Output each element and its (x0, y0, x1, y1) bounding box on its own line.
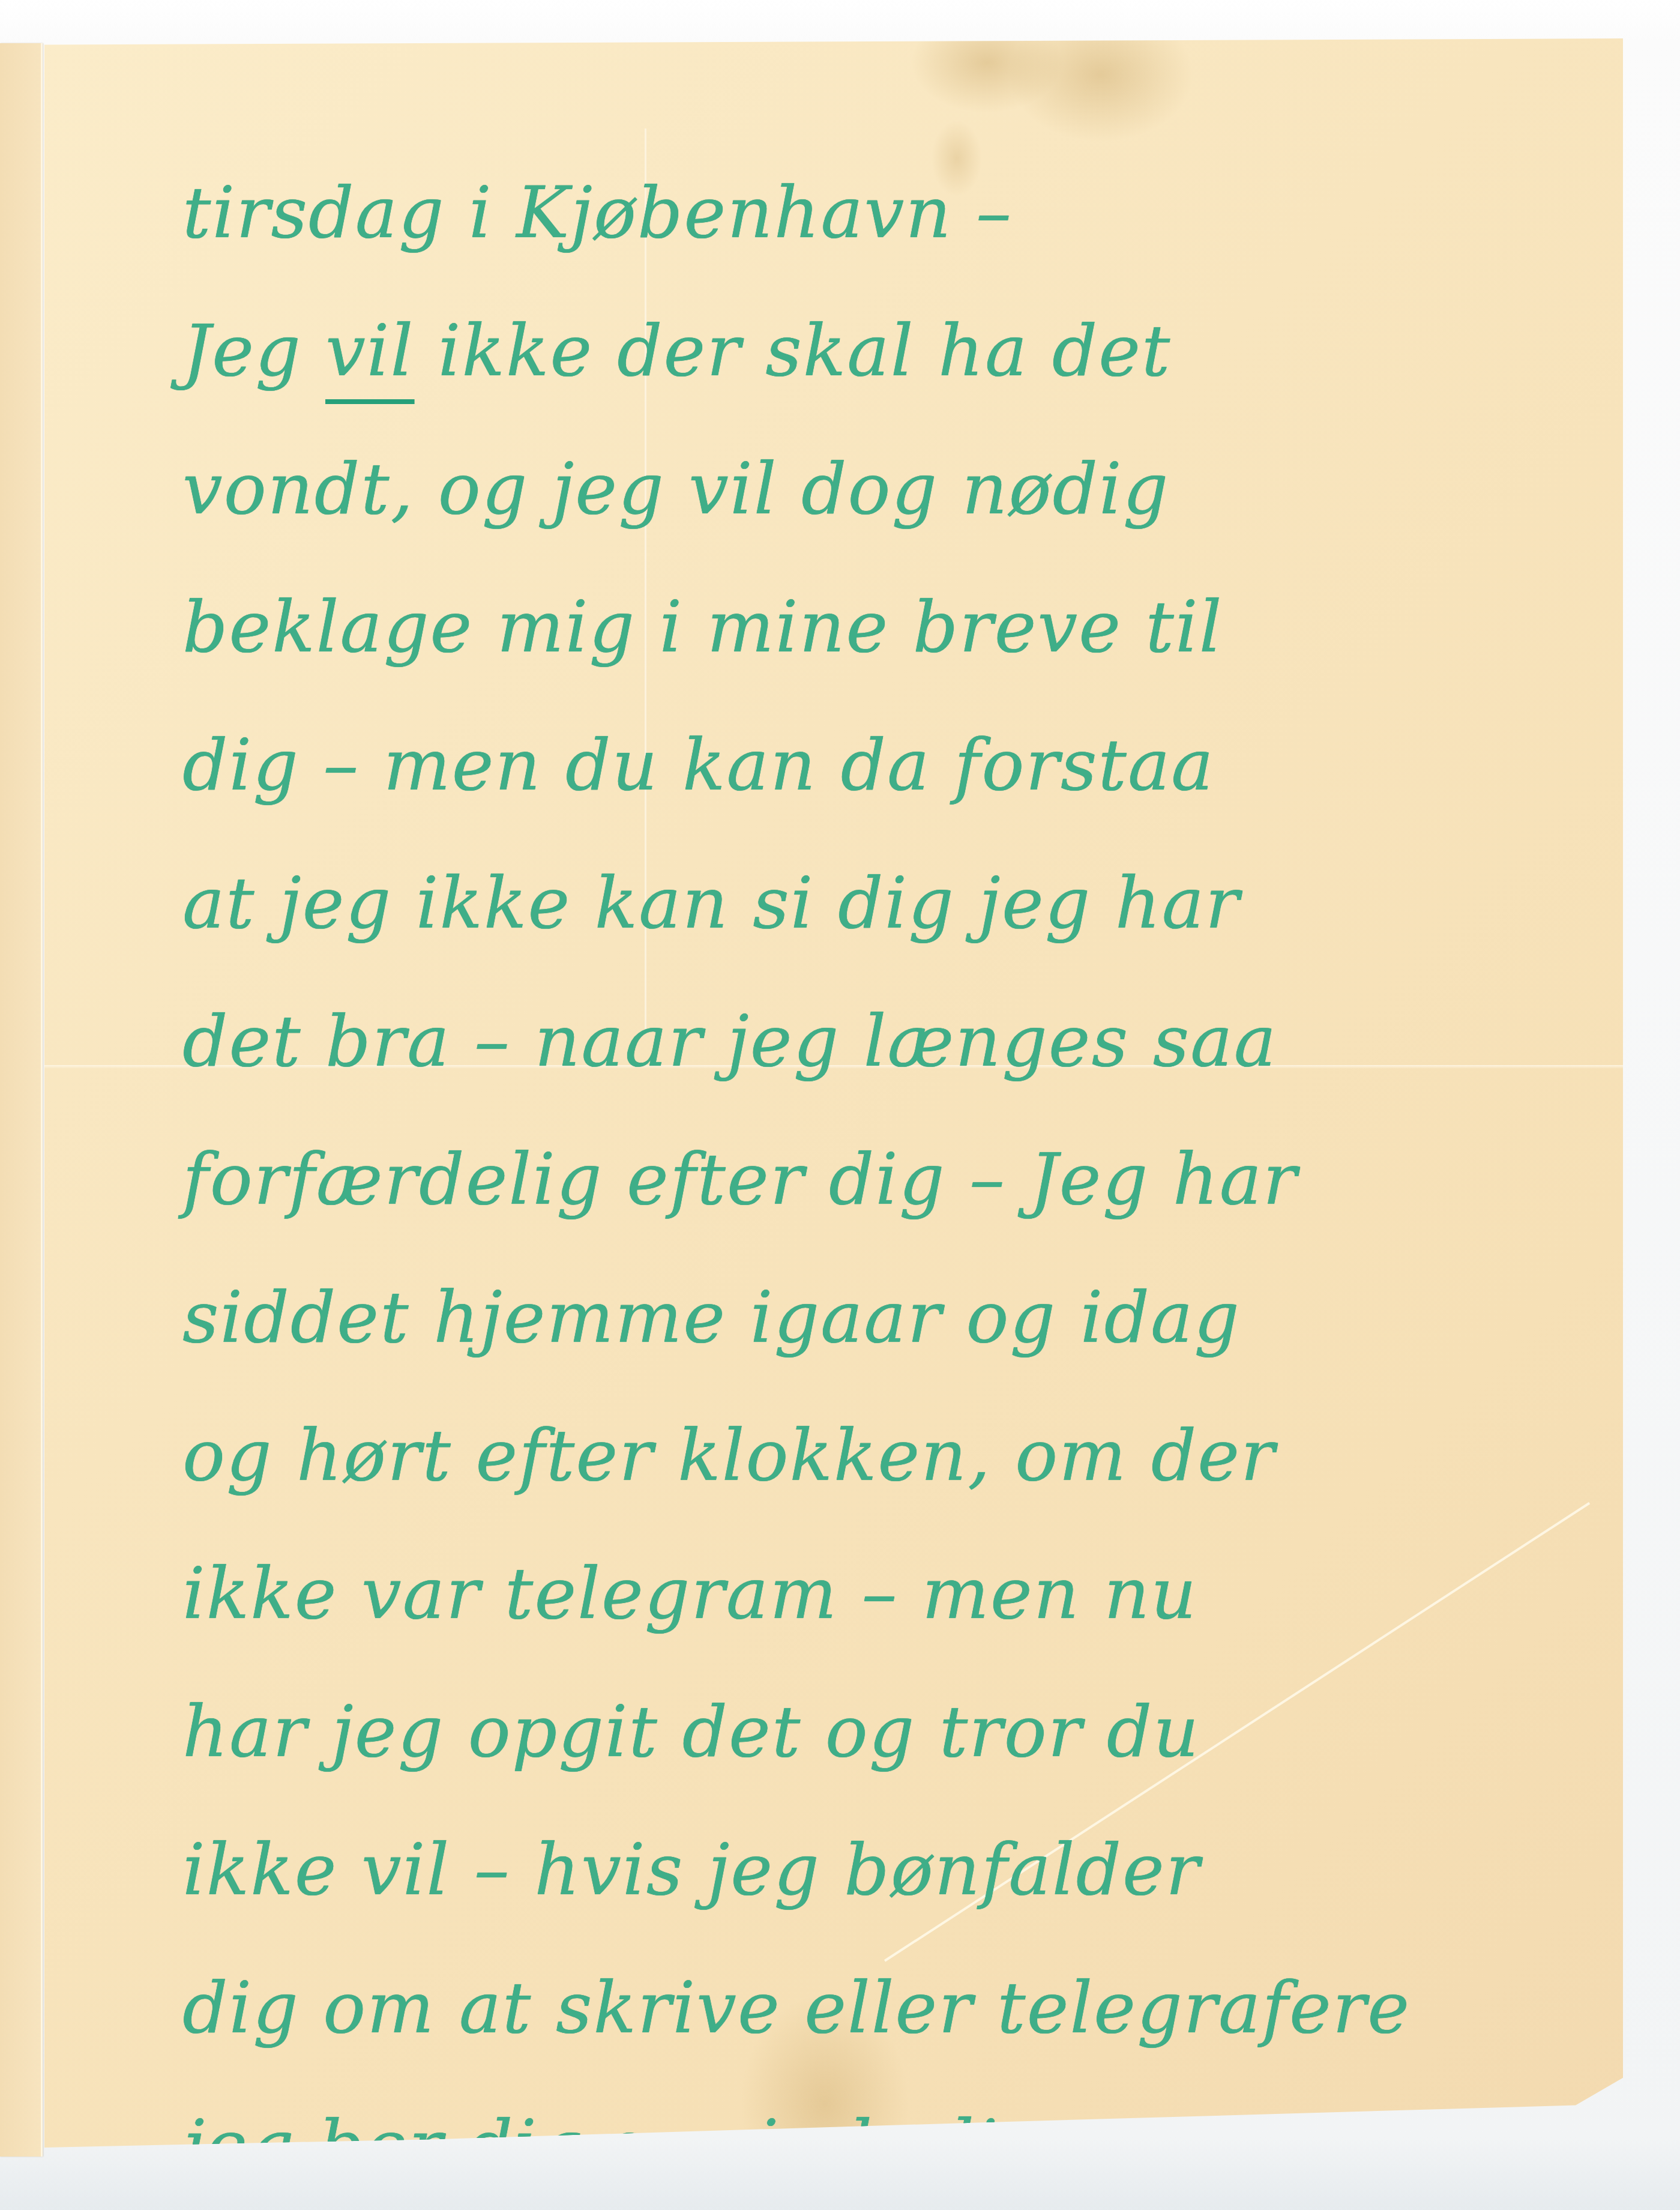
letter-page: tirsdag i Kjøbenhavn – Jeg vil ikke der … (44, 38, 1623, 2152)
text-line-7: det bra – naar jeg længes saa (182, 972, 1593, 1110)
text-line-3: vondt, og jeg vil dog nødig (182, 420, 1593, 558)
text-line-8: forfærdelig efter dig – Jeg har (182, 1110, 1593, 1248)
text-line-11: ikke var telegram – men nu (182, 1524, 1593, 1662)
text-line-10: og hørt efter klokken, om der (182, 1386, 1593, 1524)
text-line-2: Jeg vil ikke der skal ha det (182, 282, 1593, 420)
handwritten-text: tirsdag i Kjøbenhavn – Jeg vil ikke der … (182, 143, 1593, 2210)
text-line-12: har jeg opgit det og tror du (182, 1662, 1593, 1801)
text-line-5: dig – men du kan da forstaa (182, 696, 1593, 834)
text-line-1: tirsdag i Kjøbenhavn – (182, 143, 1593, 282)
line-2-pre: Jeg (182, 309, 325, 392)
text-line-13: ikke vil – hvis jeg bønfalder (182, 1801, 1593, 1939)
left-facing-leaf (0, 43, 43, 2157)
text-line-4: beklage mig i mine breve til (182, 558, 1593, 696)
text-line-14: dig om at skrive eller telegrafere (182, 1939, 1593, 2077)
line-2-post: ikke der skal ha det (414, 309, 1171, 392)
underlined-word: vil (325, 309, 414, 392)
text-line-9: siddet hjemme igaar og idag (182, 1248, 1593, 1386)
text-line-6: at jeg ikke kan si dig jeg har (182, 834, 1593, 972)
